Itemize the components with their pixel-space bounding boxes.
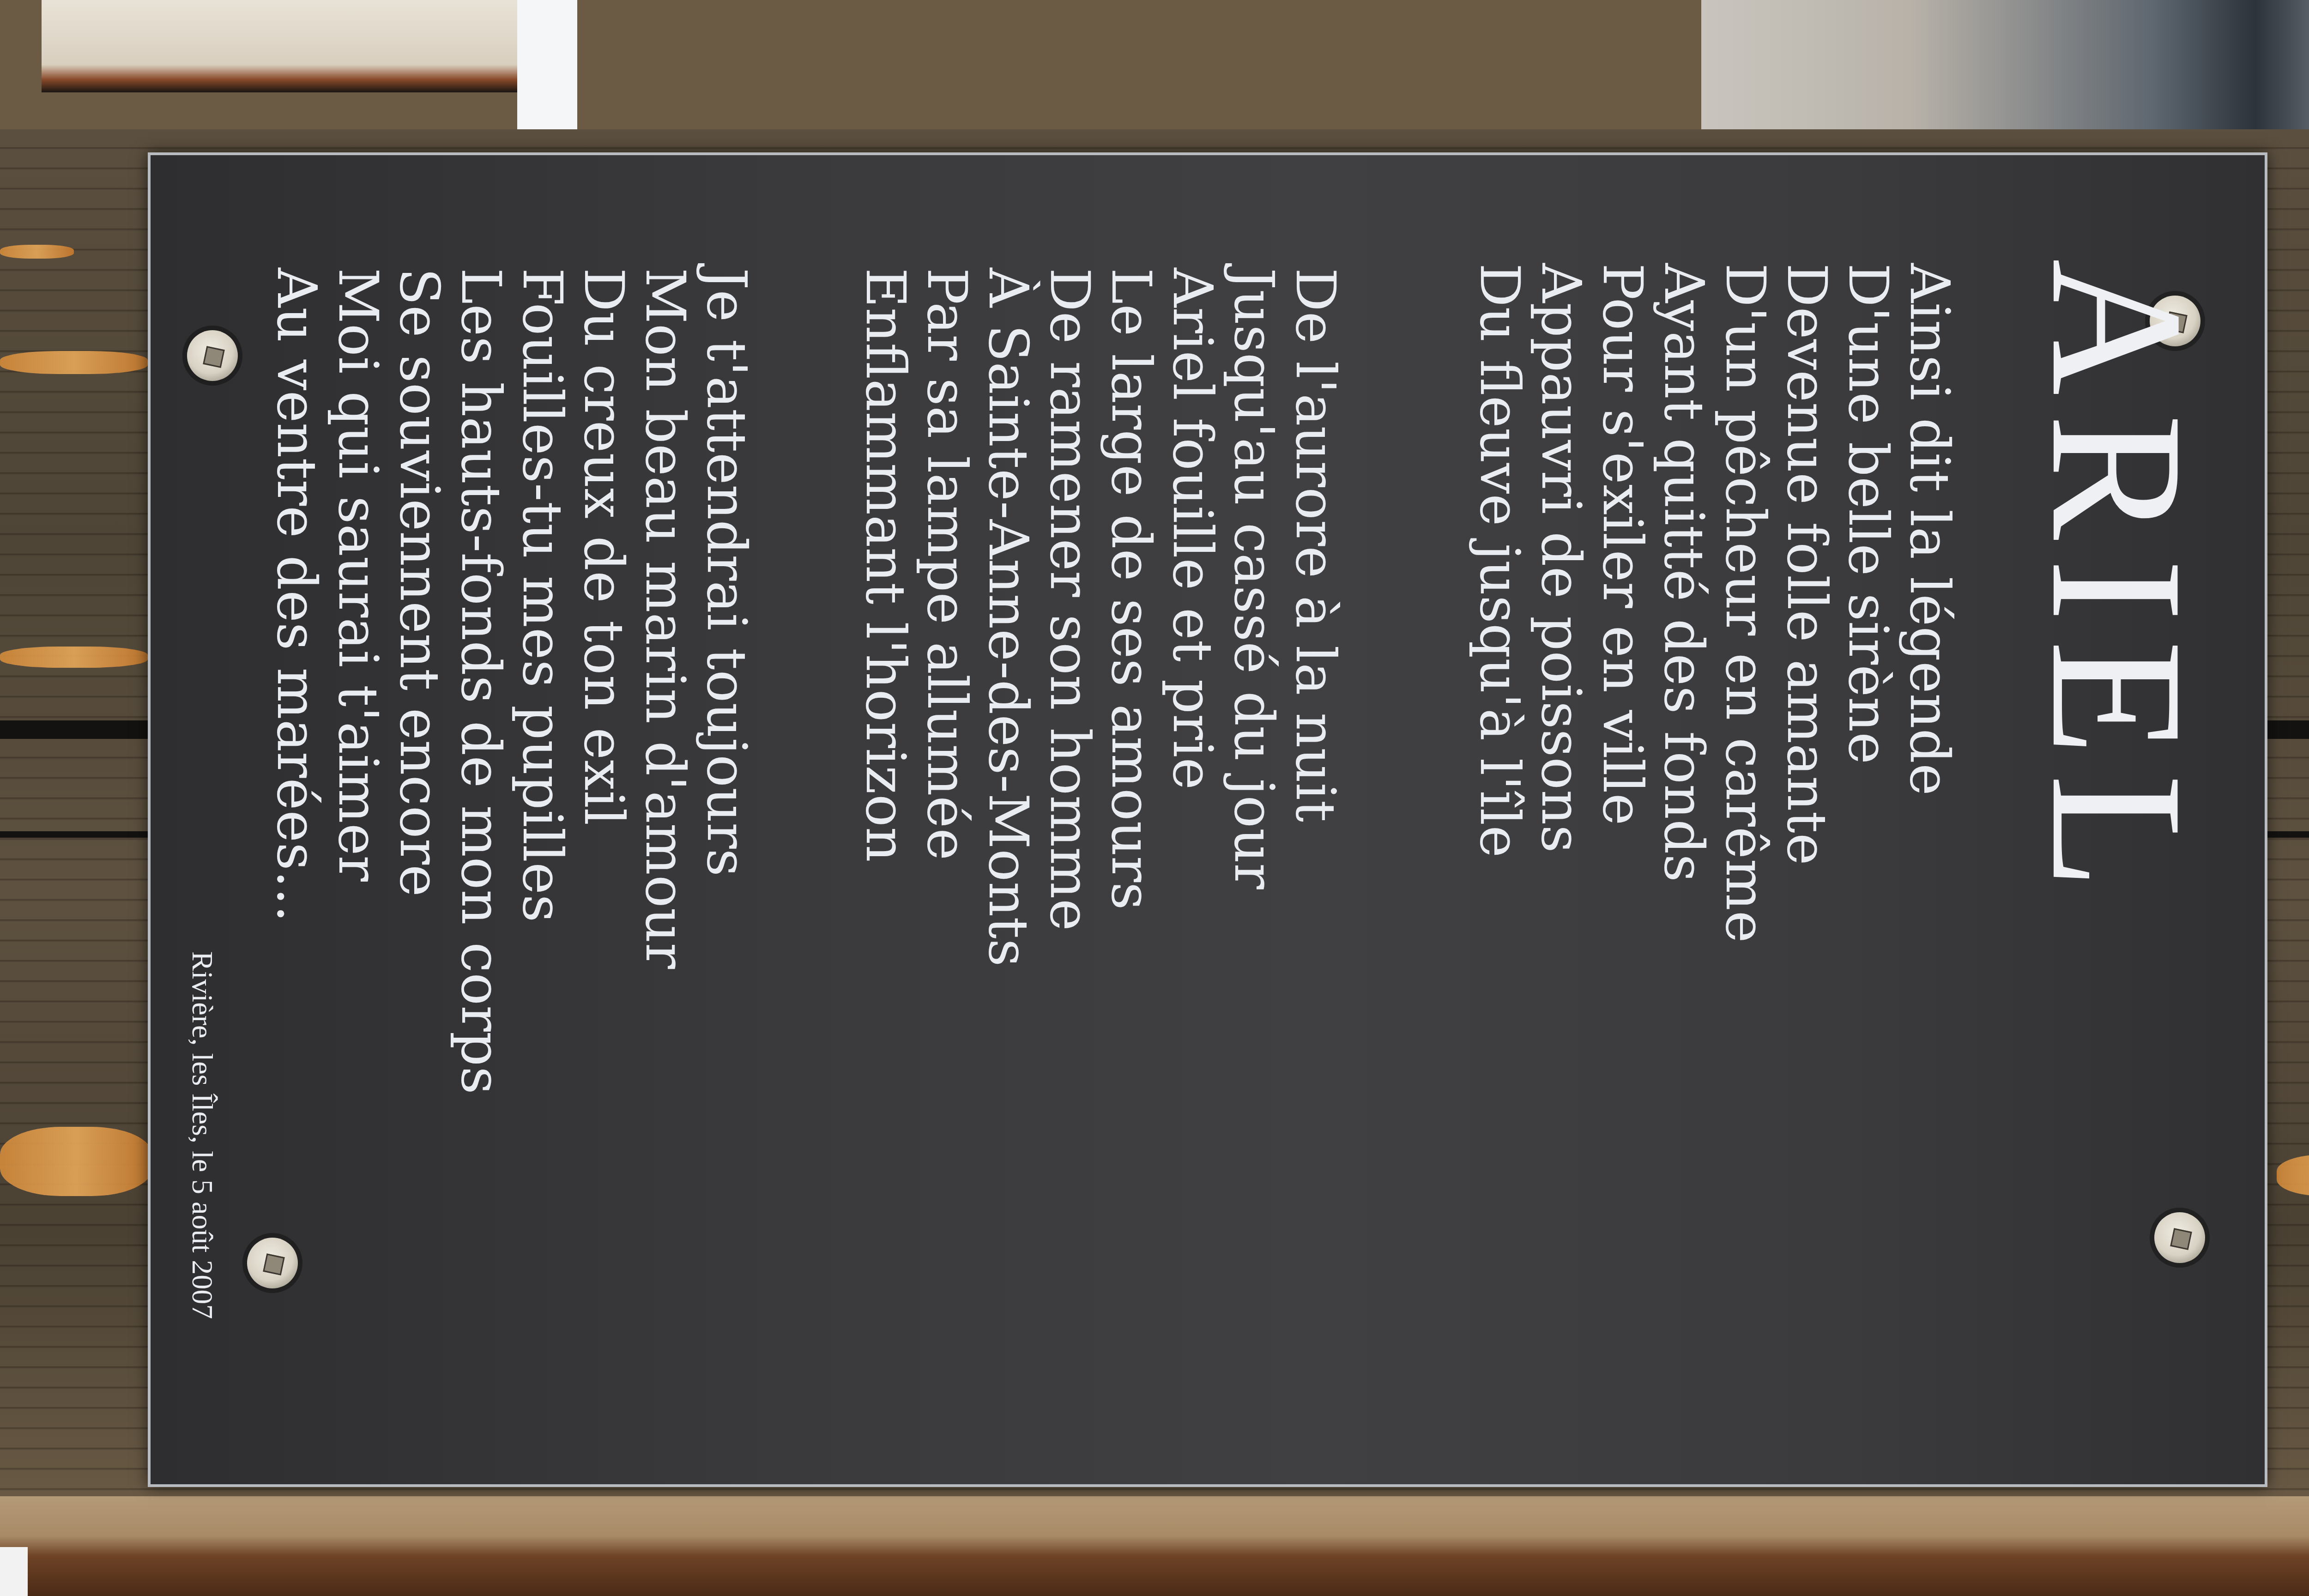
wood-knot	[0, 245, 74, 259]
poem-line: Je t'attendrai toujours	[696, 268, 757, 1094]
poem-line: Mon beau marin d'amour	[635, 268, 696, 1094]
stone-block	[42, 0, 526, 92]
poem-line: Enflammant l'horizon	[855, 268, 916, 967]
wood-knot	[0, 1127, 152, 1196]
poem-line: À Sainte-Anne-des-Monts	[978, 268, 1039, 967]
poem-line: Ariel fouille et prie	[1162, 268, 1223, 967]
poem-line: Devenue folle amante	[1776, 263, 1838, 943]
screw-icon	[187, 330, 238, 381]
poem-line: Appauvri de poissons	[1530, 263, 1592, 943]
stanza-3: Je t'attendrai toujours Mon beau marin d…	[266, 268, 757, 1094]
wood-base	[0, 1496, 2309, 1596]
poem-line: D'un pêcheur en carême	[1715, 263, 1776, 943]
poem-line: Fouilles-tu mes pupilles	[512, 268, 573, 1094]
poem-signature: Rivière, les Îles, le 5 août 2007	[187, 951, 217, 1319]
poem-line: Les hauts-fonds de mon corps	[450, 268, 512, 1094]
poem-line: Ainsi dit la légende	[1899, 263, 1960, 943]
poem-line: Par sa lampe allumée	[916, 268, 978, 967]
poem-line: Ayant quitté des fonds	[1653, 263, 1715, 943]
stanza-1: Ainsi dit la légende D'une belle sirène …	[1469, 263, 1960, 943]
poem-line: Du fleuve jusqu'à l'île	[1469, 263, 1530, 943]
poem-line: De l'aurore à la nuit	[1285, 268, 1346, 967]
poem-line: Du creux de ton exil	[573, 268, 635, 1094]
poem-line: D'une belle sirène	[1838, 263, 1899, 943]
photo-scene: ARIEL Ainsi dit la légende D'une belle s…	[0, 0, 2309, 1596]
poem-line: Moi qui saurai t'aimer	[327, 268, 389, 1094]
poem-line: Pour s'exiler en ville	[1592, 263, 1653, 943]
screw-icon	[247, 1238, 298, 1288]
stanza-2: De l'aurore à la nuit Jusqu'au cassé du …	[855, 268, 1346, 967]
poem-line: Se souviennent encore	[389, 268, 450, 1094]
screw-icon	[2154, 1212, 2205, 1263]
wood-knot	[0, 351, 148, 374]
poem-line: Jusqu'au cassé du jour	[1223, 268, 1285, 967]
poem-title: ARIEL	[2023, 259, 2212, 908]
snow-patch	[0, 1547, 28, 1596]
wood-knot	[0, 647, 148, 668]
poem-line: De ramener son homme	[1039, 268, 1100, 967]
poem-line: Le large de ses amours	[1100, 268, 1162, 967]
poem-line: Au ventre des marées...	[266, 268, 327, 1094]
